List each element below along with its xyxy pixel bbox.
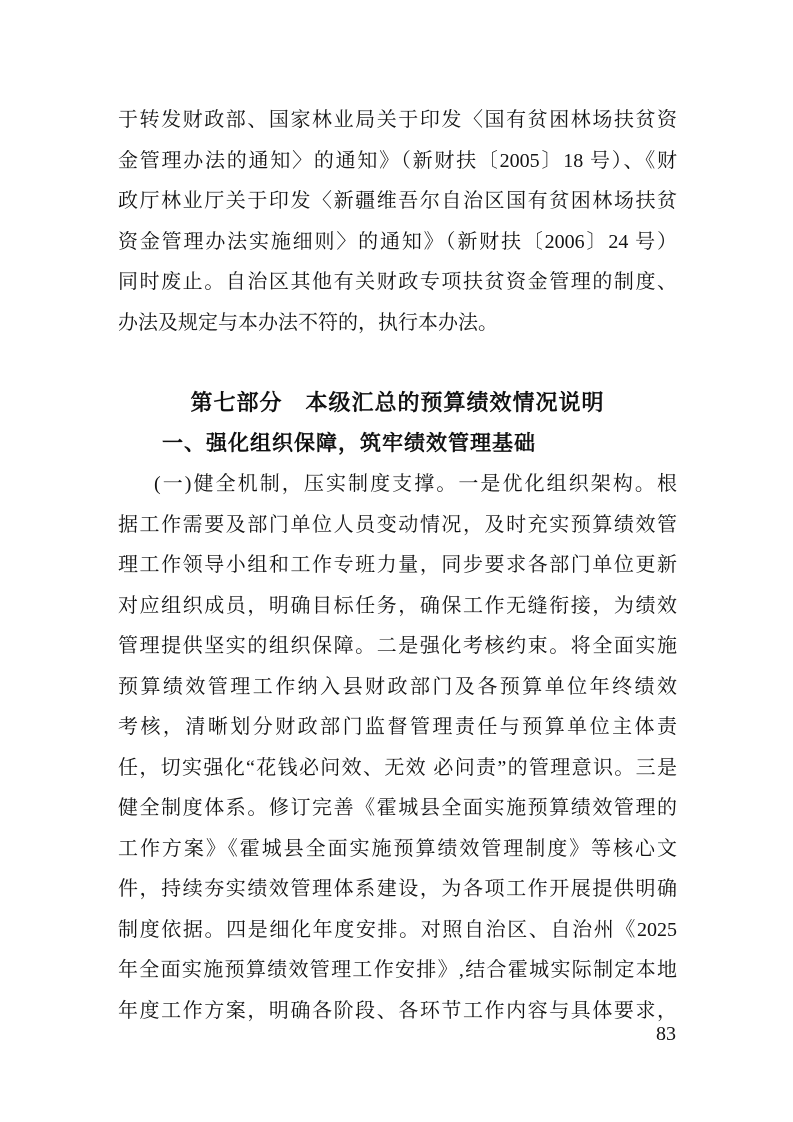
intro-paragraph: 于转发财政部、国家林业局关于印发〈国有贫困林场扶贫资 金管理办法的通知〉的通知》…: [118, 100, 677, 343]
section-heading: 第七部分 本级汇总的预算绩效情况说明: [118, 383, 677, 424]
document-page: 于转发财政部、国家林业局关于印发〈国有贫困林场扶贫资 金管理办法的通知〉的通知》…: [0, 0, 793, 1122]
paragraph-line: 工作方案》《霍城县全面实施预算绩效管理制度》等核心文: [118, 829, 677, 870]
paragraph-line: 年度工作方案，明确各阶段、各环节工作内容与具体要求，: [118, 991, 677, 1032]
paragraph-line: 理工作领导小组和工作专班力量，同步要求各部门单位更新: [118, 545, 677, 586]
paragraph-line: 资金管理办法实施细则〉的通知》（新财扶〔2006〕24 号）: [118, 222, 677, 263]
paragraph-line: 预算绩效管理工作纳入县财政部门及各预算单位年终绩效: [118, 667, 677, 708]
paragraph-line: 健全制度体系。修订完善《霍城县全面实施预算绩效管理的: [118, 788, 677, 829]
paragraph-line: 同时废止。自治区其他有关财政专项扶贫资金管理的制度、: [118, 262, 677, 303]
paragraph-line: 金管理办法的通知〉的通知》（新财扶〔2005〕18 号）、《财: [118, 141, 677, 182]
paragraph-line: 对应组织成员，明确目标任务，确保工作无缝衔接，为绩效: [118, 586, 677, 627]
paragraph-line: (一)健全机制，压实制度支撑。一是优化组织架构。根: [118, 464, 677, 505]
paragraph-line: 管理提供坚实的组织保障。二是强化考核约束。将全面实施: [118, 626, 677, 667]
paragraph-line: 据工作需要及部门单位人员变动情况，及时充实预算绩效管: [118, 505, 677, 546]
paragraph-line: 政厅林业厅关于印发〈新疆维吾尔自治区国有贫困林场扶贫: [118, 181, 677, 222]
paragraph-line: 年全面实施预算绩效管理工作安排》,结合霍城实际制定本地: [118, 950, 677, 991]
paragraph-line: 制度依据。四是细化年度安排。对照自治区、自治州《2025: [118, 910, 677, 951]
subsection-heading: 一、强化组织保障，筑牢绩效管理基础: [118, 424, 677, 465]
body-paragraph: (一)健全机制，压实制度支撑。一是优化组织架构。根 据工作需要及部门单位人员变动…: [118, 464, 677, 1031]
paragraph-line: 办法及规定与本办法不符的，执行本办法。: [118, 303, 677, 344]
page-number: 83: [656, 1021, 676, 1047]
paragraph-line: 于转发财政部、国家林业局关于印发〈国有贫困林场扶贫资: [118, 100, 677, 141]
paragraph-line: 考核，清晰划分财政部门监督管理责任与预算单位主体责: [118, 707, 677, 748]
paragraph-line: 任，切实强化“花钱必问效、无效 必问责”的管理意识。三是: [118, 748, 677, 789]
text-block: 于转发财政部、国家林业局关于印发〈国有贫困林场扶贫资 金管理办法的通知〉的通知》…: [118, 100, 677, 1031]
paragraph-line: 件，持续夯实绩效管理体系建设，为各项工作开展提供明确: [118, 869, 677, 910]
